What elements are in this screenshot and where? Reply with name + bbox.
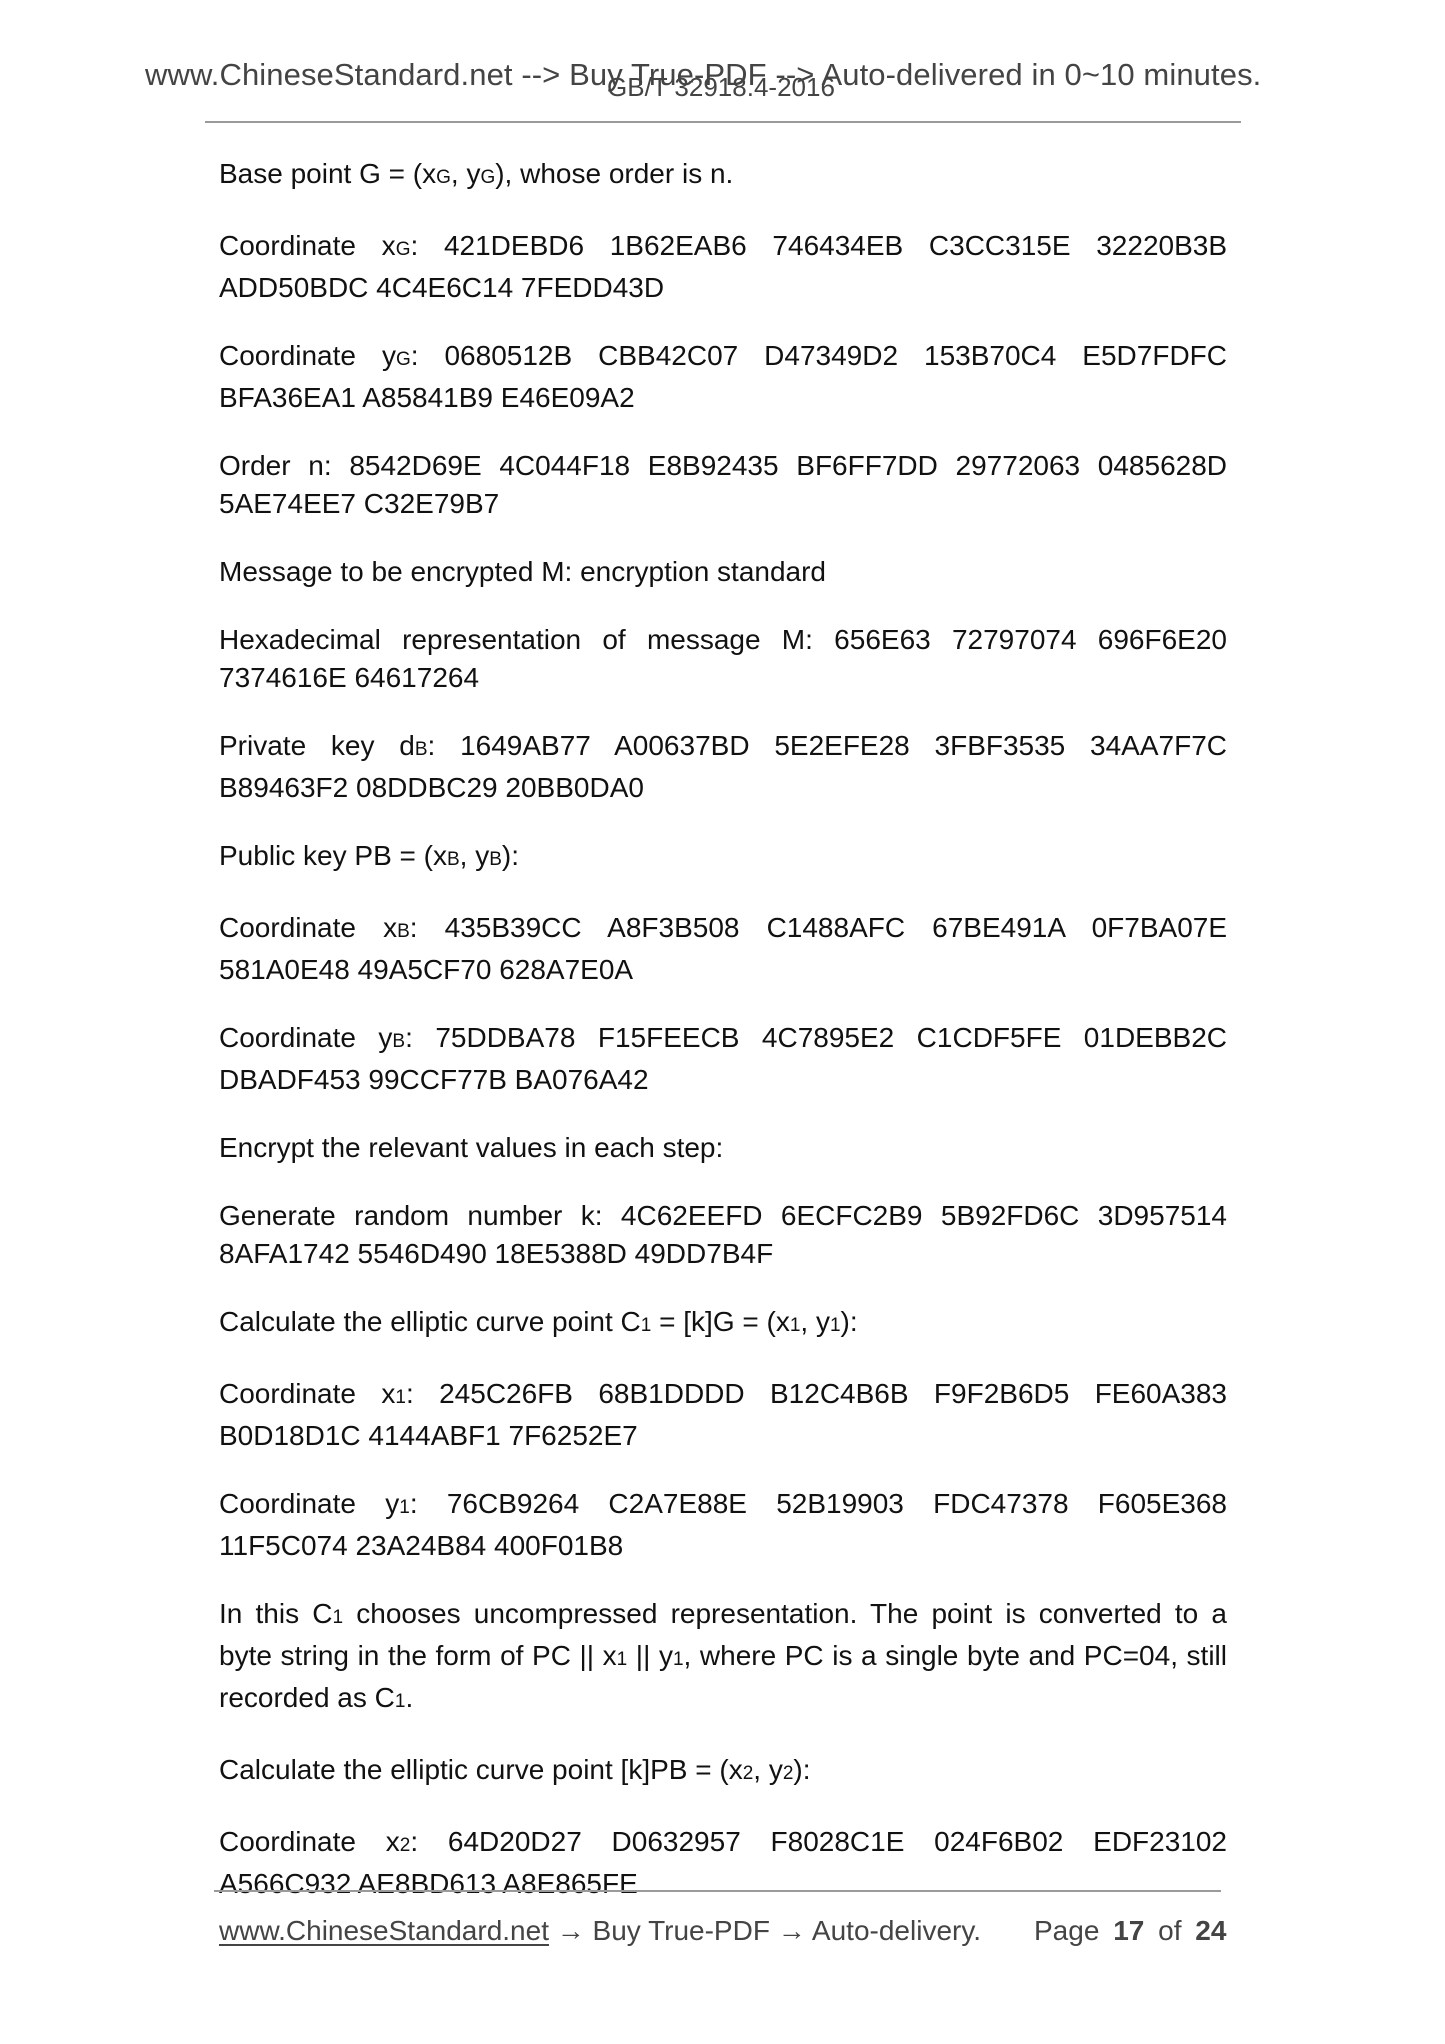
footer-promo: www.ChineseStandard.net → Buy True-PDF →… bbox=[219, 1915, 981, 1947]
random-number-k: Generate random number k: 4C62EEFD 6ECFC… bbox=[219, 1197, 1227, 1273]
calc-kpb-heading: Calculate the elliptic curve point [k]PB… bbox=[219, 1751, 1227, 1793]
coordinate-x1: Coordinate x1: 245C26FB 68B1DDDD B12C4B6… bbox=[219, 1375, 1227, 1455]
coordinate-xb: Coordinate xB: 435B39CC A8F3B508 C1488AF… bbox=[219, 909, 1227, 989]
hex-value: 8542D69E 4C044F18 E8B92435 BF6FF7DD 2977… bbox=[219, 450, 1227, 519]
coordinate-xg: Coordinate xG: 421DEBD6 1B62EAB6 746434E… bbox=[219, 227, 1227, 307]
coordinate-yb: Coordinate yB: 75DDBA78 F15FEECB 4C7895E… bbox=[219, 1019, 1227, 1099]
coordinate-y1: Coordinate y1: 76CB9264 C2A7E88E 52B1990… bbox=[219, 1485, 1227, 1565]
current-page: 17 bbox=[1113, 1915, 1144, 1946]
calc-c1-heading: Calculate the elliptic curve point C1 = … bbox=[219, 1303, 1227, 1345]
footer-tagline: → Buy True-PDF → Auto-delivery. bbox=[549, 1915, 981, 1946]
order-n: Order n: 8542D69E 4C044F18 E8B92435 BF6F… bbox=[219, 447, 1227, 523]
page-indicator: Page 17 of 24 bbox=[1034, 1915, 1226, 1947]
encrypt-steps-heading: Encrypt the relevant values in each step… bbox=[219, 1129, 1227, 1167]
header-divider bbox=[205, 121, 1241, 123]
public-key-heading: Public key PB = (xB, yB): bbox=[219, 837, 1227, 879]
private-key: Private key dB: 1649AB77 A00637BD 5E2EFE… bbox=[219, 727, 1227, 807]
standard-id: GB/T 32918.4-2016 bbox=[607, 72, 835, 103]
footer-divider bbox=[214, 1890, 1221, 1892]
document-body: Base point G = (xG, yG), whose order is … bbox=[219, 155, 1227, 1933]
total-pages: 24 bbox=[1195, 1915, 1226, 1946]
message-plaintext: Message to be encrypted M: encryption st… bbox=[219, 553, 1227, 591]
c1-representation-note: In this C1 chooses uncompressed represen… bbox=[219, 1595, 1227, 1721]
message-hex: Hexadecimal representation of message M:… bbox=[219, 621, 1227, 697]
coordinate-yg: Coordinate yG: 0680512B CBB42C07 D47349D… bbox=[219, 337, 1227, 417]
base-point-paragraph: Base point G = (xG, yG), whose order is … bbox=[219, 155, 1227, 197]
message-value: encryption standard bbox=[580, 556, 826, 587]
footer-site-link[interactable]: www.ChineseStandard.net bbox=[219, 1915, 549, 1946]
